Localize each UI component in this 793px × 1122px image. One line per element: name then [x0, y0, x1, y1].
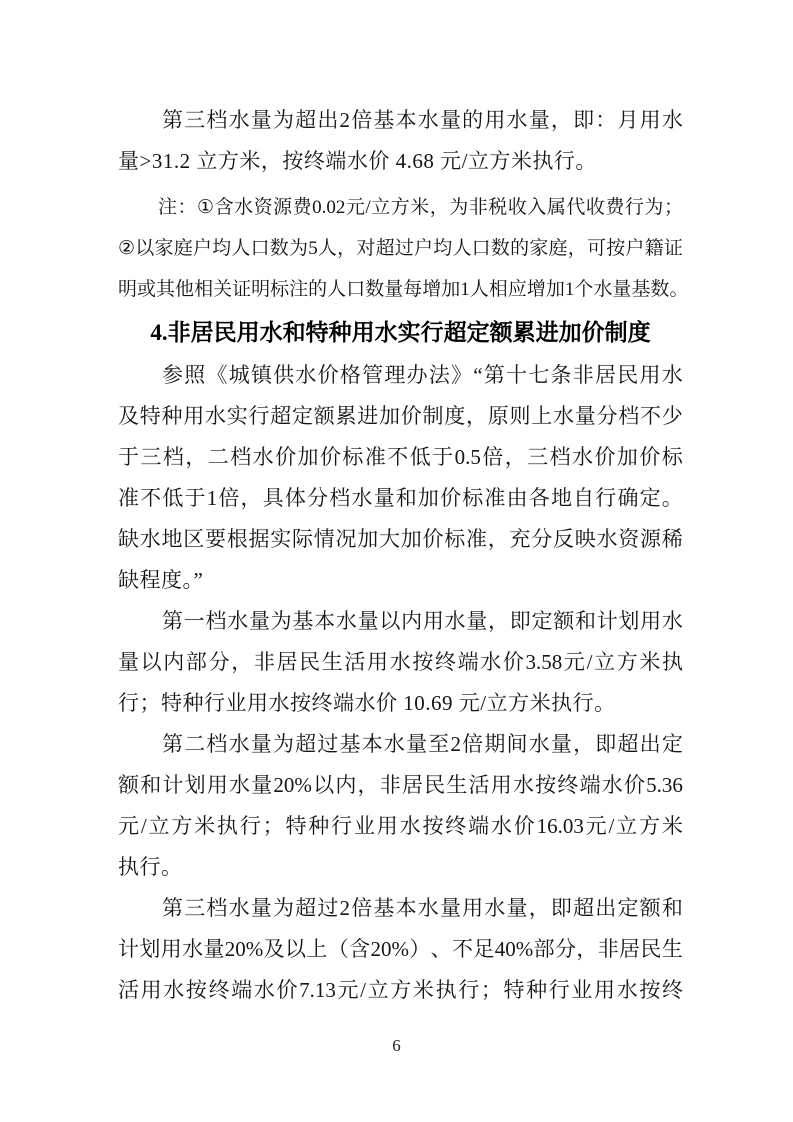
text-line: 缺水地区要根据实际情况加大加价标准，充分反映水资源稀: [118, 519, 683, 560]
text-line: 量以内部分，非居民生活用水按终端水价3.58元/立方米执: [118, 642, 683, 683]
text-line: ②以家庭户均人口数为5人，对超过户均人口数的家庭，可按户籍证: [118, 228, 683, 269]
text-line: 量>31.2 立方米，按终端水价 4.68 元/立方米执行。: [118, 141, 683, 182]
text-line: 行；特种行业用水按终端水价 10.69 元/立方米执行。: [118, 683, 683, 724]
text-line: 元/立方米执行；特种行业用水按终端水价16.03元/立方米: [118, 806, 683, 847]
text-line: 于三档，二档水价加价标准不低于0.5倍，三档水价加价标: [118, 437, 683, 478]
text-line: 第二档水量为超过基本水量至2倍期间水量，即超出定: [118, 724, 683, 765]
paragraph: 第三档水量为超出2倍基本水量的用水量，即：月用水量>31.2 立方米，按终端水价…: [118, 100, 683, 182]
text-line: 第三档水量为超过2倍基本水量用水量，即超出定额和: [118, 888, 683, 929]
text-line: 额和计划用水量20%以内，非居民生活用水按终端水价5.36: [118, 765, 683, 806]
paragraph: 参照《城镇供水价格管理办法》“第十七条非居民用水及特种用水实行超定额累进加价制度…: [118, 355, 683, 601]
document-page: 第三档水量为超出2倍基本水量的用水量，即：月用水量>31.2 立方米，按终端水价…: [0, 0, 793, 1122]
text-line: 注：①含水资源费0.02元/立方米，为非税收入属代收费行为；: [118, 187, 683, 228]
document-body: 第三档水量为超出2倍基本水量的用水量，即：月用水量>31.2 立方米，按终端水价…: [118, 100, 683, 1011]
text-line: 及特种用水实行超定额累进加价制度，原则上水量分档不少: [118, 396, 683, 437]
text-line: 第三档水量为超出2倍基本水量的用水量，即：月用水: [118, 100, 683, 141]
paragraph: 第三档水量为超过2倍基本水量用水量，即超出定额和计划用水量20%及以上（含20%…: [118, 888, 683, 1011]
section-heading: 4.非居民用水和特种用水实行超定额累进加价制度: [118, 312, 683, 353]
text-line: 计划用水量20%及以上（含20%）、不足40%部分，非居民生: [118, 929, 683, 970]
page-number: 6: [0, 1036, 793, 1056]
paragraph: 第二档水量为超过基本水量至2倍期间水量，即超出定额和计划用水量20%以内，非居民…: [118, 724, 683, 888]
paragraph: 注：①含水资源费0.02元/立方米，为非税收入属代收费行为；②以家庭户均人口数为…: [118, 187, 683, 310]
text-line: 参照《城镇供水价格管理办法》“第十七条非居民用水: [118, 355, 683, 396]
text-line: 第一档水量为基本水量以内用水量，即定额和计划用水: [118, 601, 683, 642]
text-line: 活用水按终端水价7.13元/立方米执行；特种行业用水按终: [118, 970, 683, 1011]
text-line: 缺程度。”: [118, 560, 683, 601]
text-line: 执行。: [118, 847, 683, 888]
text-line: 准不低于1倍，具体分档水量和加价标准由各地自行确定。: [118, 478, 683, 519]
text-line: 明或其他相关证明标注的人口数量每增加1人相应增加1个水量基数。: [118, 269, 683, 310]
paragraph: 第一档水量为基本水量以内用水量，即定额和计划用水量以内部分，非居民生活用水按终端…: [118, 601, 683, 724]
